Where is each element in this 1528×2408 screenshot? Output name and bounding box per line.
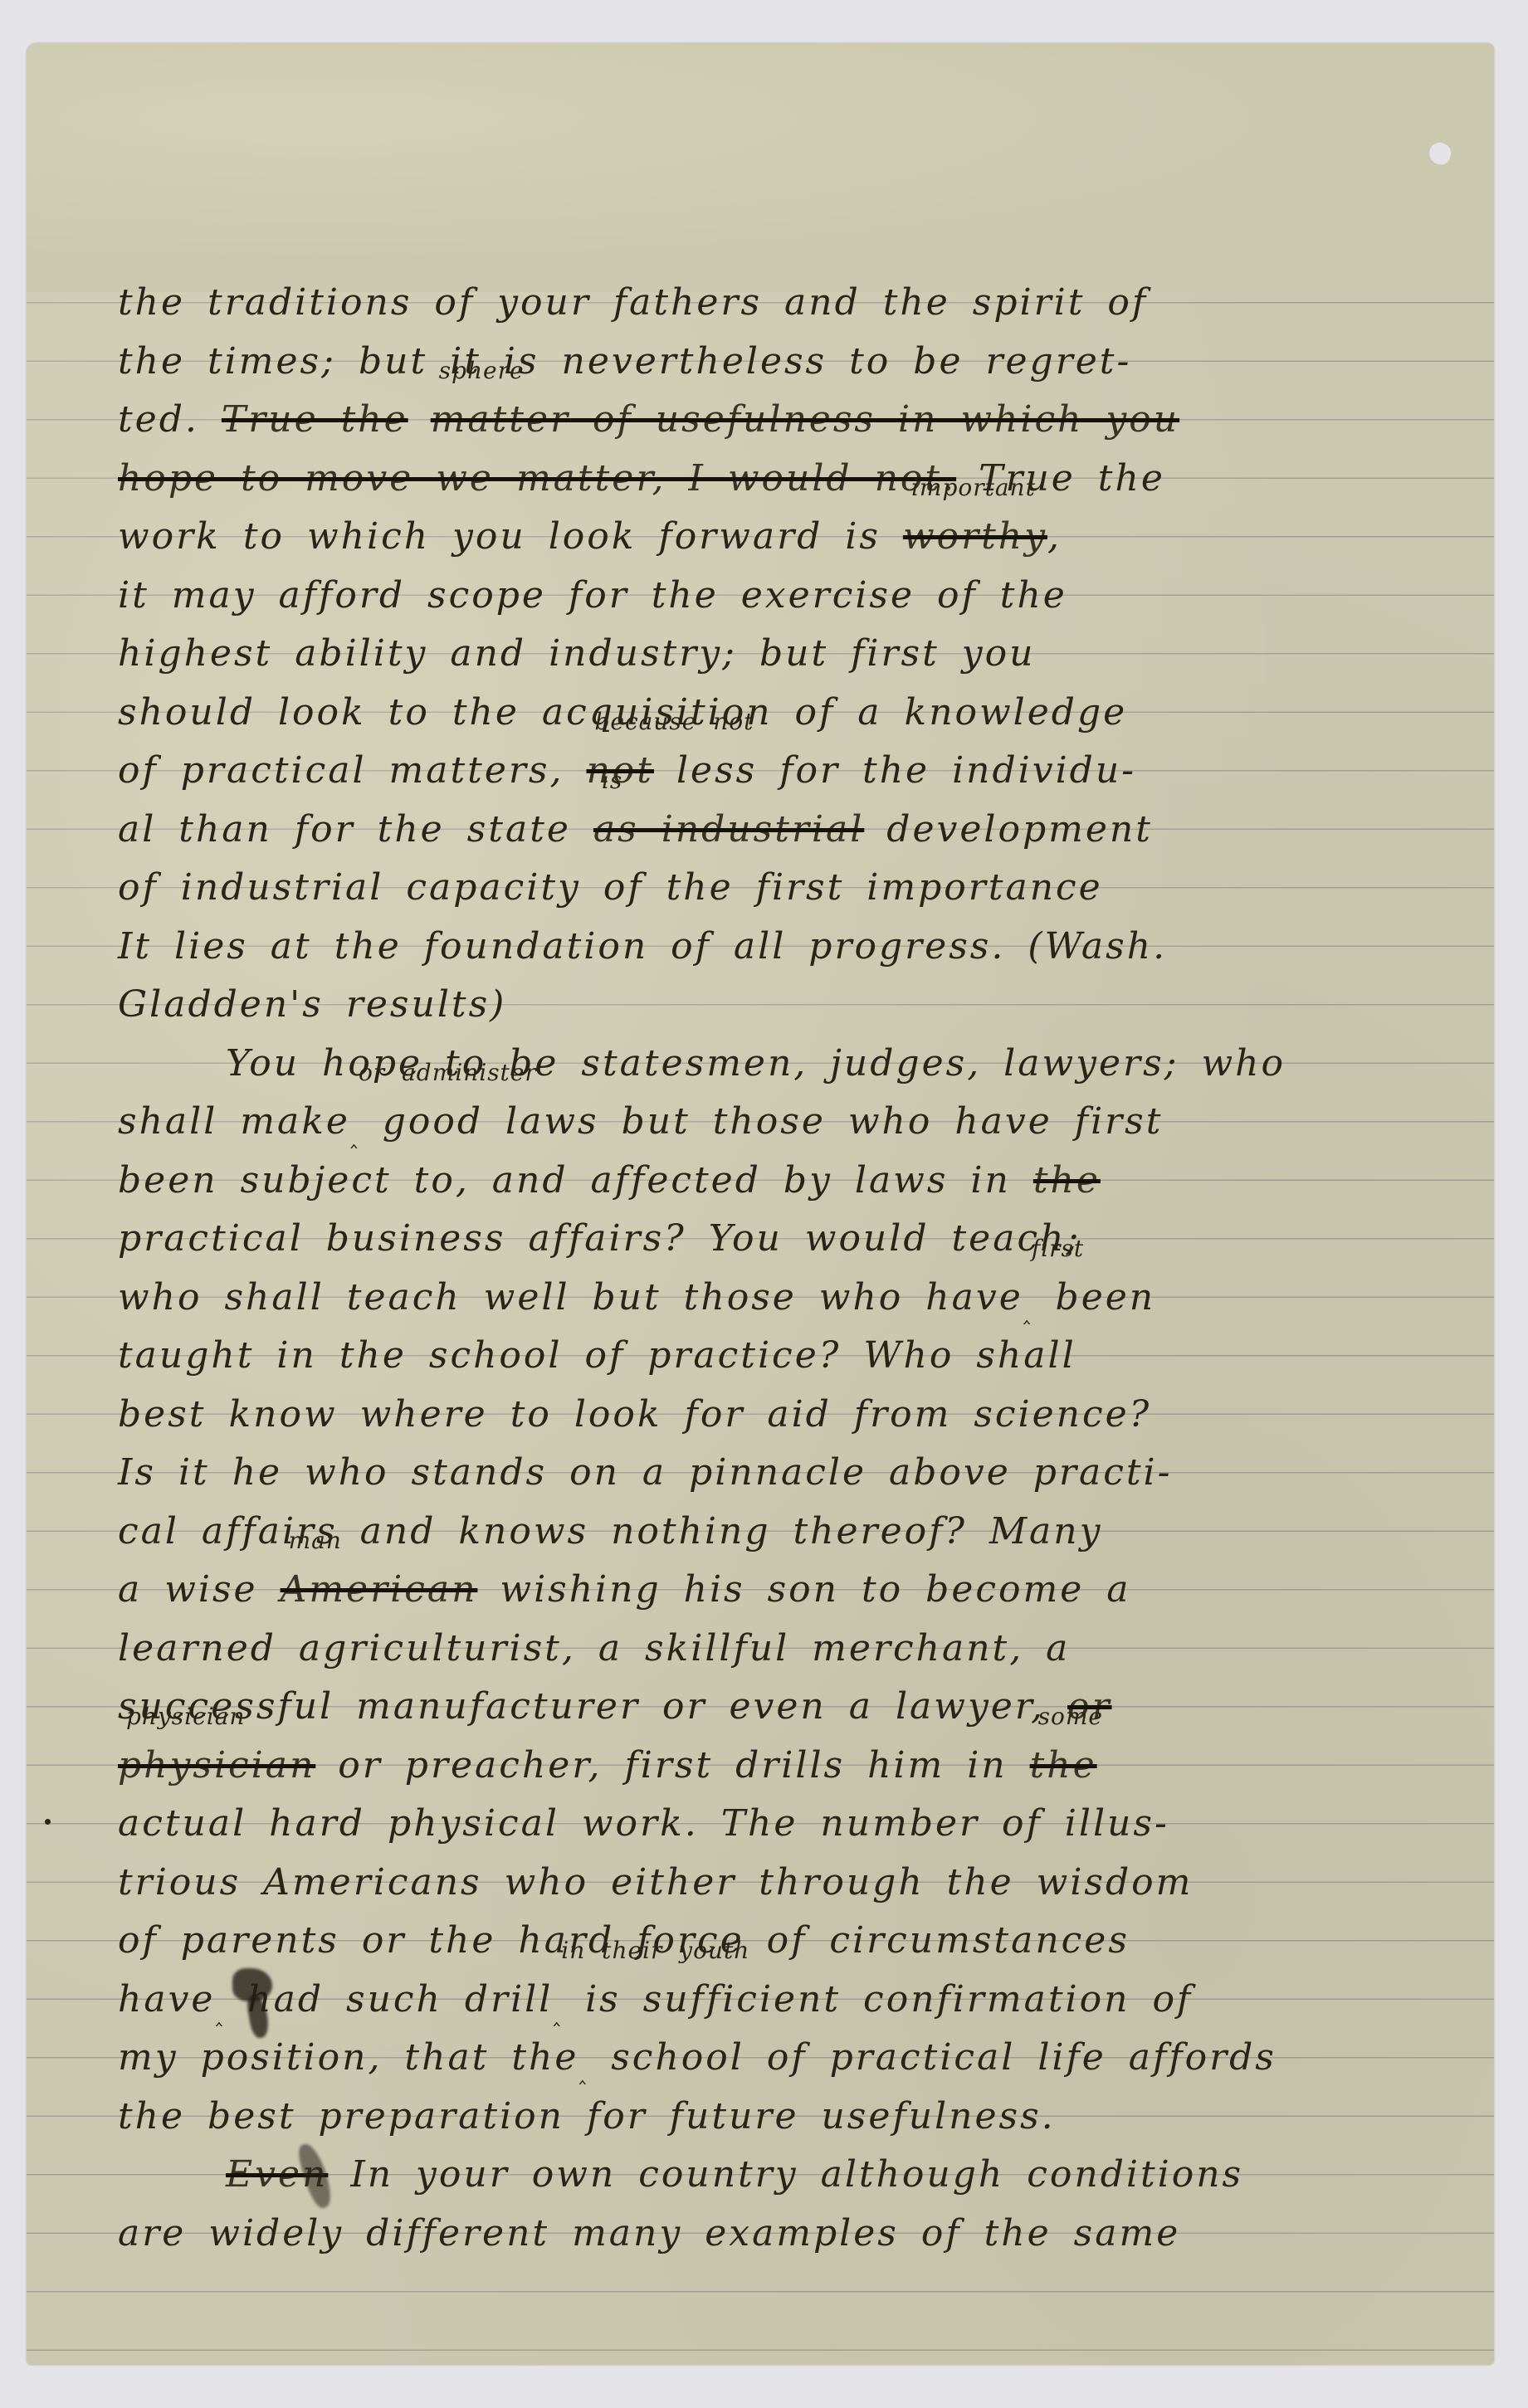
text: work to which you look forward is [118,515,903,558]
text: Is it he who stands on a pinnacle above … [118,1451,1172,1494]
text: In your own country although conditions [328,2153,1243,2196]
manuscript-page: the traditions of your fathers and the s… [27,43,1494,2365]
revision: worthyimportant [903,508,1047,566]
manuscript-line: ted. True the mattersphere of usefulness… [118,391,1496,449]
deleted-text: physician [118,1744,315,1787]
manuscript-line: Is it he who stands on a pinnacle above … [118,1444,1496,1502]
text: is sufficient confirmation of [563,1978,1193,2020]
manuscript-line: learned agriculturist, a skillful mercha… [118,1620,1496,1678]
manuscript-line: al than for the state as industrialis de… [118,801,1496,859]
manuscript-line: are widely different many examples of th… [118,2205,1496,2263]
text: actual hard physical work. The number of… [118,1802,1169,1845]
text: It lies at the foundation of all progres… [118,925,1167,968]
text: who shall teach well but those who have [118,1276,1023,1319]
caret-mark: ‸ [215,2002,225,2027]
manuscript-line: of industrial capacity of the first impo… [118,859,1496,917]
manuscript-line: trious Americans who either through the … [118,1854,1496,1912]
revision: as industrialis [593,801,864,859]
text: the best preparation for future usefulne… [118,2095,1056,2137]
manuscript-line: been subject to, and affected by laws in… [118,1152,1496,1210]
interlinear-insertion: physician [126,1705,245,1728]
interlinear-insertion: or administer [359,1061,537,1085]
deleted-text: American [281,1568,478,1611]
caret-mark: ‸ [578,2060,588,2085]
interlinear-insertion: because not [594,710,754,734]
manuscript-line: my position, that the‸ school of practic… [118,2029,1496,2087]
deleted-text: as industrial [593,808,864,851]
text: shall make [118,1100,350,1143]
manuscript-line: who shall teach well but those who have‸… [118,1269,1496,1327]
manuscript-line: actual hard physical work. The number of… [118,1795,1496,1853]
text: of practical matters, [118,749,586,792]
text: it may afford scope for the exercise of … [118,574,1067,617]
text: of industrial capacity of the first impo… [118,866,1103,909]
caret-mark: ‸ [1023,1300,1033,1325]
margin-mark [45,1819,51,1825]
text: , [1047,515,1062,558]
manuscript-line: the best preparation for future usefulne… [118,2088,1496,2146]
interlinear-insertion: first [1032,1237,1084,1260]
deleted-text: the [1030,1744,1097,1787]
manuscript-line: have‸ had such drill‸in their youth is s… [118,1971,1496,2029]
revision: thesome [1030,1737,1097,1795]
text: trious Americans who either through the … [118,1861,1193,1903]
interlinear-insertion: some [1038,1705,1103,1728]
manuscript-line: the times; but it is nevertheless to be … [118,333,1496,391]
revision: physicianphysician [118,1737,315,1795]
manuscript-line: it may afford scope for the exercise of … [118,567,1496,625]
text: a wise [118,1568,281,1611]
interlinear-insertion: sphere [439,359,525,383]
text: or preacher, first drills him in [315,1744,1029,1787]
text: successful manufacturer or even a lawyer… [118,1685,1067,1728]
text: are widely different many examples of th… [118,2212,1180,2254]
manuscript-line: practical business affairs? You would te… [118,1210,1496,1268]
text: learned agriculturist, a skillful mercha… [118,1627,1070,1670]
manuscript-line: of parents or the hard force of circumst… [118,1912,1496,1970]
text: development [864,808,1153,851]
text: ted. [118,398,222,441]
text: less for the individu- [654,749,1136,792]
text: had such drill [225,1978,553,2020]
text: al than for the state [118,808,593,851]
manuscript-line: physicianphysician or preacher, first dr… [118,1737,1496,1795]
revision: Americanman [281,1561,478,1619]
deleted-text: True the [222,398,408,441]
text: been subject to, and affected by laws in [118,1159,1033,1202]
deleted-text: hope to move we matter, I would not. [118,457,956,500]
manuscript-line: Gladden's results) [118,976,1496,1034]
manuscript-line: Even In your own country although condit… [226,2146,1528,2204]
interlinear-insertion: is [602,769,622,792]
manuscript-line: the traditions of your fathers and the s… [118,274,1496,332]
text: Gladden's results) [118,983,506,1026]
caret-mark: ‸ [553,2002,563,2027]
manuscript-line: taught in the school of practice? Who sh… [118,1327,1496,1385]
manuscript-line: successful manufacturer or even a lawyer… [118,1678,1496,1736]
deleted-text: the [1033,1159,1101,1202]
manuscript-line: best know where to look for aid from sci… [118,1386,1496,1444]
text: the times; but it is nevertheless to be … [118,340,1131,383]
deleted-text: of usefulness in which you [570,398,1179,441]
manuscript-line: highest ability and industry; but first … [118,625,1496,683]
text: taught in the school of practice? Who sh… [118,1334,1076,1377]
handwritten-text: the traditions of your fathers and the s… [27,43,1494,2365]
text: best know where to look for aid from sci… [118,1393,1151,1436]
text: cal affairs and knows nothing thereof? M… [118,1510,1102,1553]
interlinear-insertion: man [289,1529,342,1553]
deleted-text: worthy [903,515,1047,558]
manuscript-line: work to which you look forward is worthy… [118,508,1496,566]
interlinear-insertion: important [911,476,1036,500]
interlinear-insertion: in their youth [561,1939,749,1962]
text: good laws but those who have first [360,1100,1164,1143]
text: wishing his son to become a [477,1568,1130,1611]
caret-mark: ‸ [350,1124,360,1149]
text [408,398,431,441]
manuscript-line: shall make‸or administer good laws but t… [118,1093,1496,1151]
deleted-text: matter [431,398,570,441]
manuscript-line: a wise Americanman wishing his son to be… [118,1561,1496,1619]
text: practical business affairs? You would te… [118,1217,1081,1260]
manuscript-line: should look to the acquisition of a know… [118,684,1496,742]
text: have [118,1978,215,2020]
revision: mattersphere [431,391,570,449]
manuscript-line: hope to move we matter, I would not. Tru… [118,450,1496,508]
text: been [1033,1276,1156,1319]
text: my position, that the [118,2036,578,2079]
text: school of practical life affords [588,2036,1277,2079]
manuscript-line: of practical matters, notbecause not les… [118,742,1496,800]
text: highest ability and industry; but first … [118,632,1035,675]
text: the traditions of your fathers and the s… [118,281,1148,324]
manuscript-line: It lies at the foundation of all progres… [118,918,1496,976]
